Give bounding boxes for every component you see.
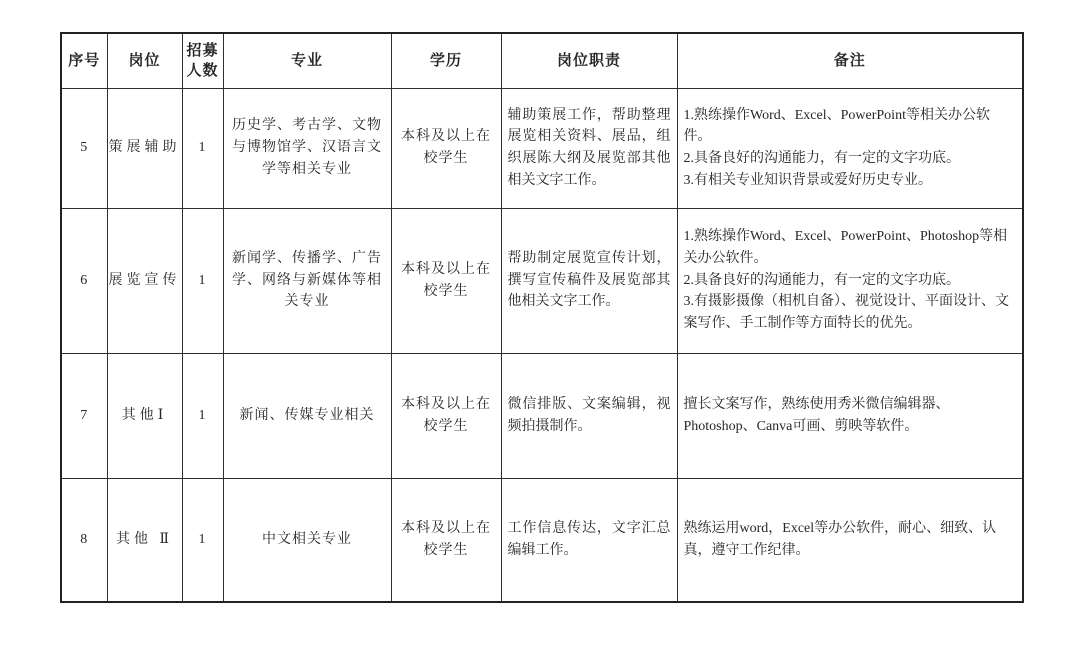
cell-major: 新闻、传媒专业相关	[223, 353, 391, 478]
cell-major: 历史学、考古学、文物与博物馆学、汉语言文学等相关专业	[223, 88, 391, 208]
page: 序号 岗位 招募人数 专业 学历 岗位职责 备注 5 策展辅助 1 历史学、考古…	[0, 0, 1080, 650]
header-count: 招募人数	[182, 33, 223, 88]
cell-education: 本科及以上在校学生	[391, 353, 501, 478]
header-position: 岗位	[107, 33, 182, 88]
cell-notes: 1.熟练操作Word、Excel、PowerPoint、Photoshop等相关…	[677, 208, 1023, 353]
cell-major: 中文相关专业	[223, 478, 391, 602]
cell-seq: 5	[61, 88, 107, 208]
cell-position: 策展辅助	[107, 88, 182, 208]
table-row-6: 6 展览宣传 1 新闻学、传播学、广告学、网络与新媒体等相关专业 本科及以上在校…	[61, 208, 1023, 353]
cell-duties: 微信排版、文案编辑，视频拍摄制作。	[501, 353, 677, 478]
cell-education: 本科及以上在校学生	[391, 88, 501, 208]
table-row-8: 8 其他 Ⅱ 1 中文相关专业 本科及以上在校学生 工作信息传达，文字汇总编辑工…	[61, 478, 1023, 602]
cell-count: 1	[182, 88, 223, 208]
header-seq: 序号	[61, 33, 107, 88]
header-notes: 备注	[677, 33, 1023, 88]
header-major: 专业	[223, 33, 391, 88]
cell-count: 1	[182, 478, 223, 602]
cell-notes: 擅长文案写作，熟练使用秀米微信编辑器、Photoshop、Canva可画、剪映等…	[677, 353, 1023, 478]
header-education: 学历	[391, 33, 501, 88]
recruitment-table: 序号 岗位 招募人数 专业 学历 岗位职责 备注 5 策展辅助 1 历史学、考古…	[60, 32, 1024, 603]
cell-count: 1	[182, 208, 223, 353]
cell-duties: 工作信息传达，文字汇总编辑工作。	[501, 478, 677, 602]
cell-count: 1	[182, 353, 223, 478]
cell-seq: 6	[61, 208, 107, 353]
cell-duties: 帮助制定展览宣传计划，撰写宣传稿件及展览部其他相关文字工作。	[501, 208, 677, 353]
cell-education: 本科及以上在校学生	[391, 208, 501, 353]
cell-notes: 1.熟练操作Word、Excel、PowerPoint等相关办公软件。 2.具备…	[677, 88, 1023, 208]
table-row-5: 5 策展辅助 1 历史学、考古学、文物与博物馆学、汉语言文学等相关专业 本科及以…	[61, 88, 1023, 208]
cell-major: 新闻学、传播学、广告学、网络与新媒体等相关专业	[223, 208, 391, 353]
header-duties: 岗位职责	[501, 33, 677, 88]
cell-education: 本科及以上在校学生	[391, 478, 501, 602]
cell-position: 展览宣传	[107, 208, 182, 353]
cell-position: 其他Ⅰ	[107, 353, 182, 478]
cell-notes: 熟练运用word，Excel等办公软件，耐心、细致、认真，遵守工作纪律。	[677, 478, 1023, 602]
cell-position: 其他 Ⅱ	[107, 478, 182, 602]
cell-duties: 辅助策展工作，帮助整理展览相关资料、展品，组织展陈大纲及展览部其他相关文字工作。	[501, 88, 677, 208]
table-row-7: 7 其他Ⅰ 1 新闻、传媒专业相关 本科及以上在校学生 微信排版、文案编辑，视频…	[61, 353, 1023, 478]
header-row: 序号 岗位 招募人数 专业 学历 岗位职责 备注	[61, 33, 1023, 88]
cell-seq: 7	[61, 353, 107, 478]
cell-seq: 8	[61, 478, 107, 602]
